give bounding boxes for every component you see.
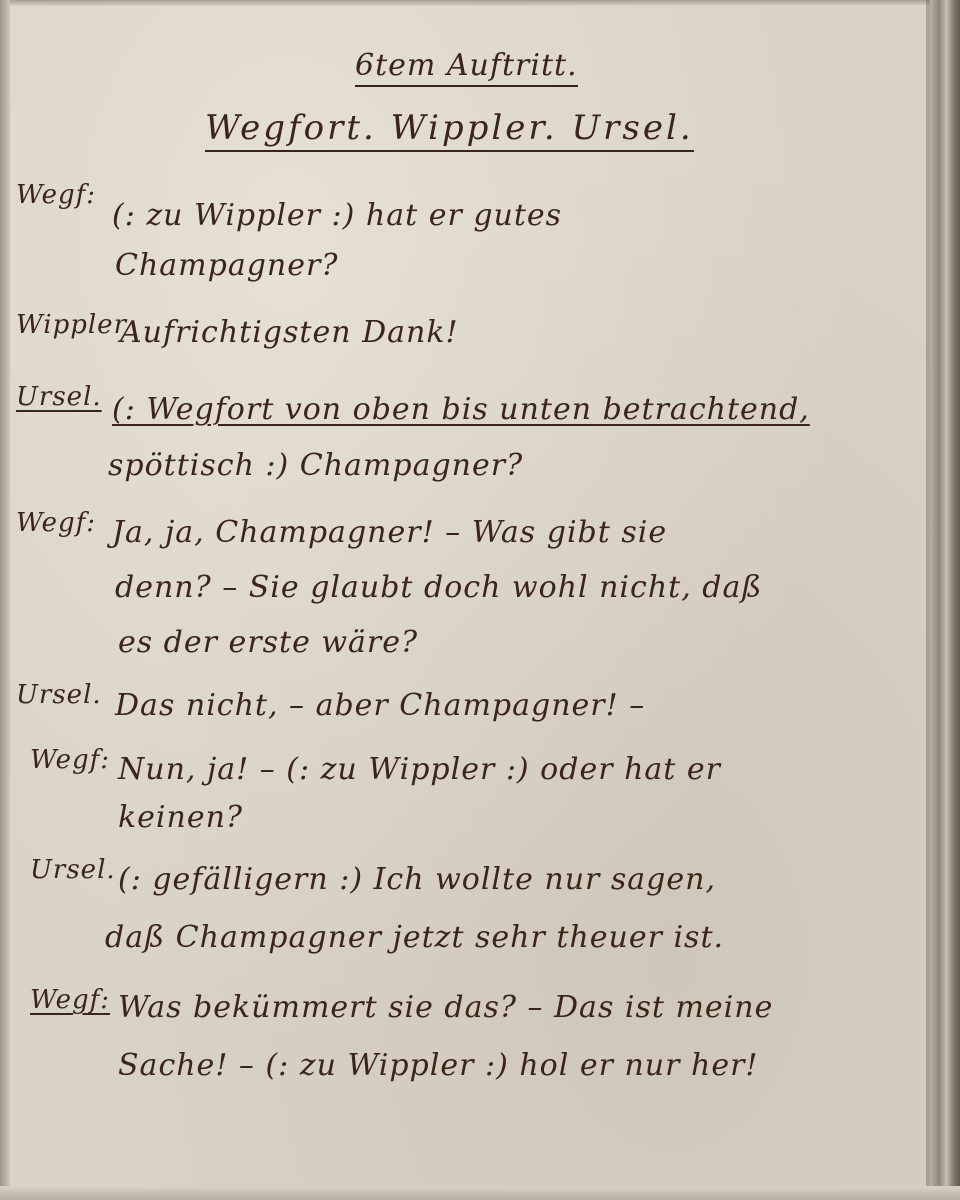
speaker-label: Ursel. <box>16 680 102 710</box>
speaker-label: Wegf: <box>16 508 96 538</box>
dialogue-line: Was bekümmert sie das? – Das ist meine <box>118 990 773 1025</box>
manuscript-page: 6tem Auftritt. Wegfort. Wippler. Ursel. … <box>0 0 960 1200</box>
dialogue-line: keinen? <box>118 800 243 835</box>
dialogue-line: denn? – Sie glaubt doch wohl nicht, daß <box>115 570 762 605</box>
dialogue-line: es der erste wäre? <box>118 625 418 660</box>
speaker-label: Wegf: <box>16 180 96 210</box>
book-cover-edge <box>930 0 960 1200</box>
dialogue-line: daß Champagner jetzt sehr theuer ist. <box>105 920 724 955</box>
scene-heading: 6tem Auftritt. <box>355 48 578 87</box>
speaker-label: Ursel. <box>16 382 102 412</box>
dialogue-line: Ja, ja, Champagner! – Was gibt sie <box>112 515 667 550</box>
dialogue-line: Champagner? <box>115 248 338 283</box>
characters-heading: Wegfort. Wippler. Ursel. <box>205 108 694 152</box>
dialogue-line: Sache! – (: zu Wippler :) hol er nur her… <box>118 1048 758 1083</box>
dialogue-line: Das nicht, – aber Champagner! – <box>115 688 645 723</box>
speaker-label: Ursel. <box>30 855 116 885</box>
dialogue-line: (: Wegfort von oben bis unten betrachten… <box>112 392 810 427</box>
speaker-label: Wegf: <box>30 745 110 775</box>
page-left-edge <box>0 0 10 1200</box>
dialogue-line: Aufrichtigsten Dank! <box>120 315 459 350</box>
dialogue-line: spöttisch :) Champagner? <box>108 448 523 483</box>
dialogue-line: (: gefälligern :) Ich wollte nur sagen, <box>118 862 716 897</box>
dialogue-line: Nun, ja! – (: zu Wippler :) oder hat er <box>118 752 721 787</box>
dialogue-line: (: zu Wippler :) hat er gutes <box>112 198 562 233</box>
page-bottom-edge <box>0 1186 960 1200</box>
page-top-edge <box>0 0 960 6</box>
speaker-label: Wegf: <box>30 985 110 1015</box>
speaker-label: Wippler <box>16 310 127 340</box>
